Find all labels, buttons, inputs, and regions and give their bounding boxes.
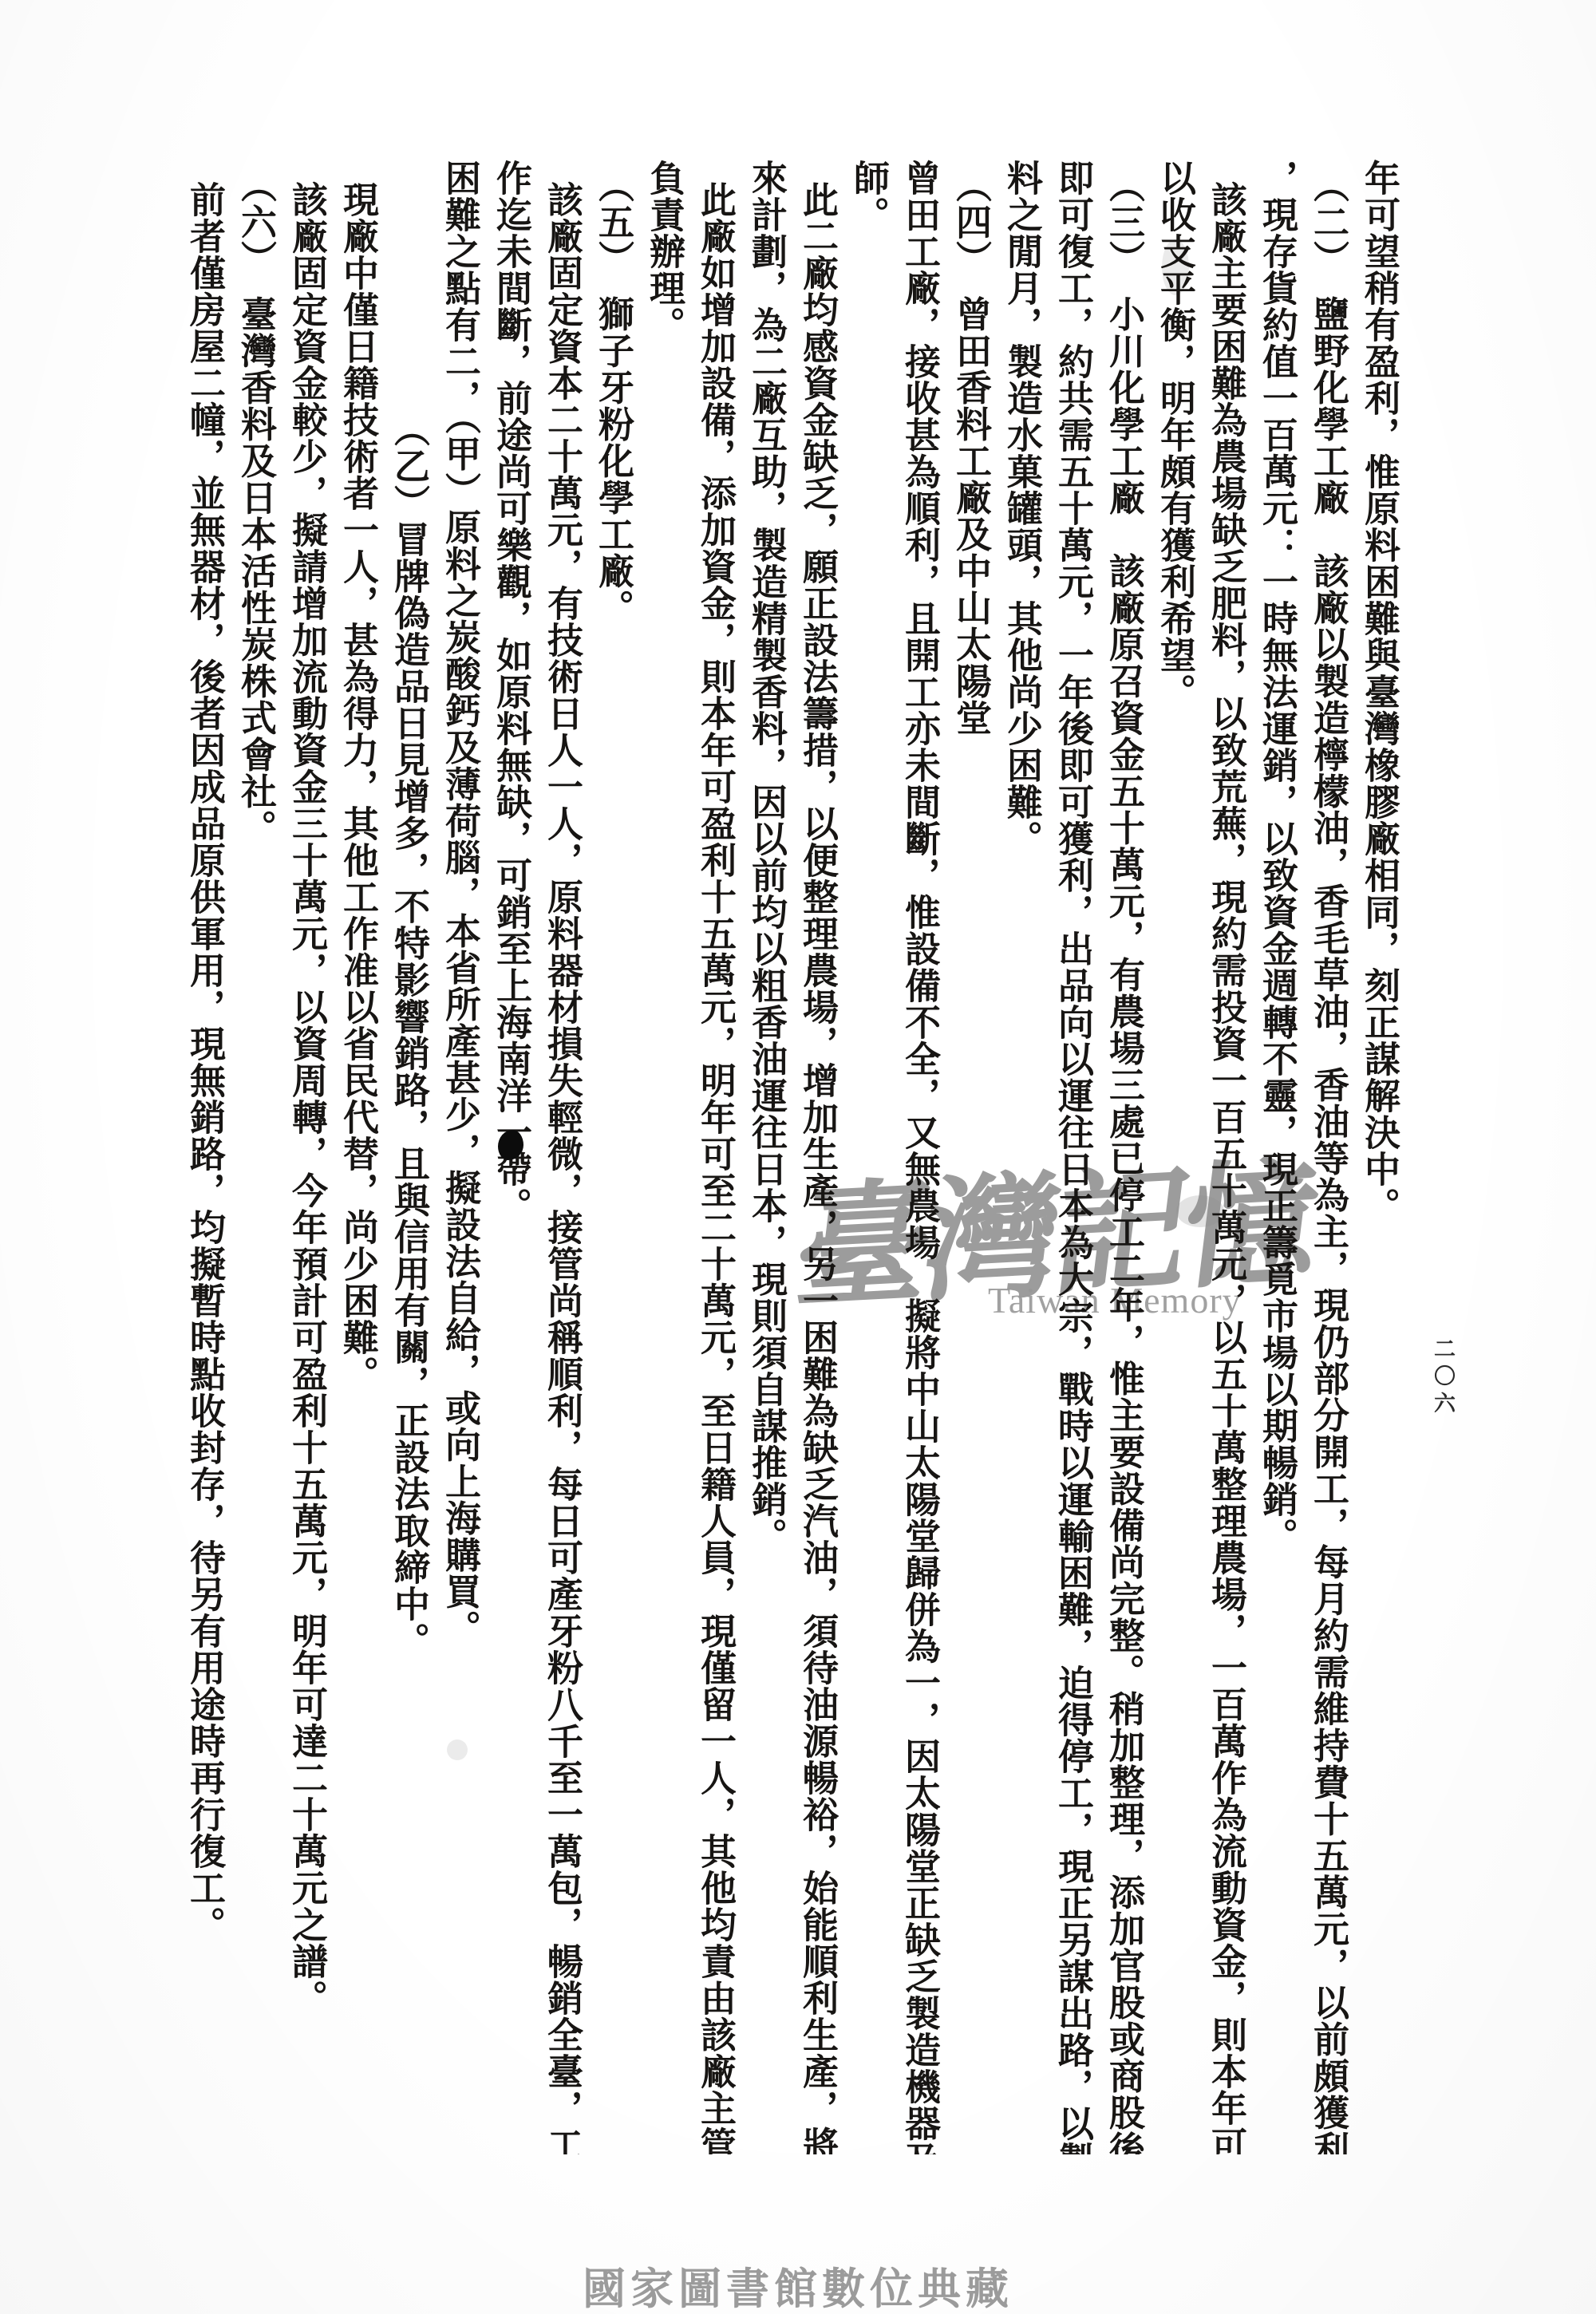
text-column: 該廠主要困難為農場缺乏肥料，以致荒蕪，現約需投資一百五十萬元，以五十萬整理農場，…: [1200, 160, 1251, 2154]
text-column: 該廠固定資本二十萬元，有技術日人一人，原料器材損失輕微，接管尚稱順利，每日可產牙…: [536, 160, 587, 2154]
text-column: （乙）冒牌偽造品日見增多，不特影響銷路，且與信用有關，正設法取締中。: [383, 160, 434, 2154]
text-column: 負責辦理。: [638, 160, 689, 2154]
footer-caption: 國家圖書館數位典藏: [0, 2255, 1596, 2314]
scan-page: 臺灣記憶 Taiwan Memory 年可望稍有盈利，惟原料困難與臺灣橡膠廠相同…: [0, 0, 1596, 2314]
text-column: 來計劃，為二廠互助，製造精製香料，因以前均以粗香油運往日本，現則須自謀推銷。: [741, 160, 792, 2154]
text-column: （五） 獅子牙粉化學工廠。: [587, 160, 638, 2154]
text-columns: 年可望稍有盈利，惟原料困難與臺灣橡膠廠相同，刻正謀解決中。（二） 鹽野化學工廠 …: [179, 160, 1404, 2154]
text-column: （四） 曾田香料工廠及中山太陽堂: [945, 160, 996, 2154]
text-column: 即可復工，約共需五十萬元，一年後即可獲利，出品向以運往日本為大宗，戰時以運輸困難…: [1047, 160, 1098, 2154]
text-column: 以收支平衡，明年頗有獲利希望。: [1149, 160, 1200, 2154]
text-column: 曾田工廠，接收甚為順利，且開工亦未間斷，惟設備不全，又無農場 擬將中山太陽堂歸併…: [894, 160, 945, 2154]
text-column: ，現存貨約值一百萬元：一時無法運銷，以致資金週轉不靈，現正籌覓市場以期暢銷。: [1251, 160, 1302, 2154]
text-column: （六） 臺灣香料及日本活性炭株式會社。: [230, 160, 281, 2154]
text-column: 師。: [843, 160, 894, 2154]
text-column: 此二廠均感資金缺乏，願正設法籌措，以便整理農場，增加生產，另一困難為缺乏汽油，須…: [792, 160, 843, 2154]
text-column: 該廠固定資金較少，擬請增加流動資金三十萬元，以資周轉，今年預計可盈利十五萬元，明…: [281, 160, 332, 2154]
page-number: 二〇六: [1428, 1337, 1459, 1419]
text-column: 此廠如增加設備，添加資金，則本年可盈利十五萬元，明年可至二十萬元，至日籍人員，現…: [689, 160, 741, 2154]
text-column: 現廠中僅日籍技術者一人，甚為得力，其他工作准以省民代替，尚少困難。: [332, 160, 383, 2154]
text-column: （二） 鹽野化學工廠 該廠以製造檸檬油，香毛草油，香油等為主，現仍部分開工，每月…: [1302, 160, 1353, 2154]
text-column: 年可望稍有盈利，惟原料困難與臺灣橡膠廠相同，刻正謀解決中。: [1353, 160, 1404, 2154]
text-column: 困難之點有二，（甲）原料之炭酸鈣及薄荷腦，本省所產甚少，擬設法自給，或向上海購買…: [434, 160, 485, 2154]
text-column: 前者僅房屋二幢，並無器材，後者因成品原供軍用，現無銷路，均擬暫時點收封存，待另有…: [179, 160, 230, 2154]
text-column: （三） 小川化學工廠 該廠原召資金五十萬元，有農場三處已停工二年，惟主要設備尚完…: [1098, 160, 1149, 2154]
text-column: 料之閒月，製造水菓罐頭，其他尚少困難。: [996, 160, 1047, 2154]
